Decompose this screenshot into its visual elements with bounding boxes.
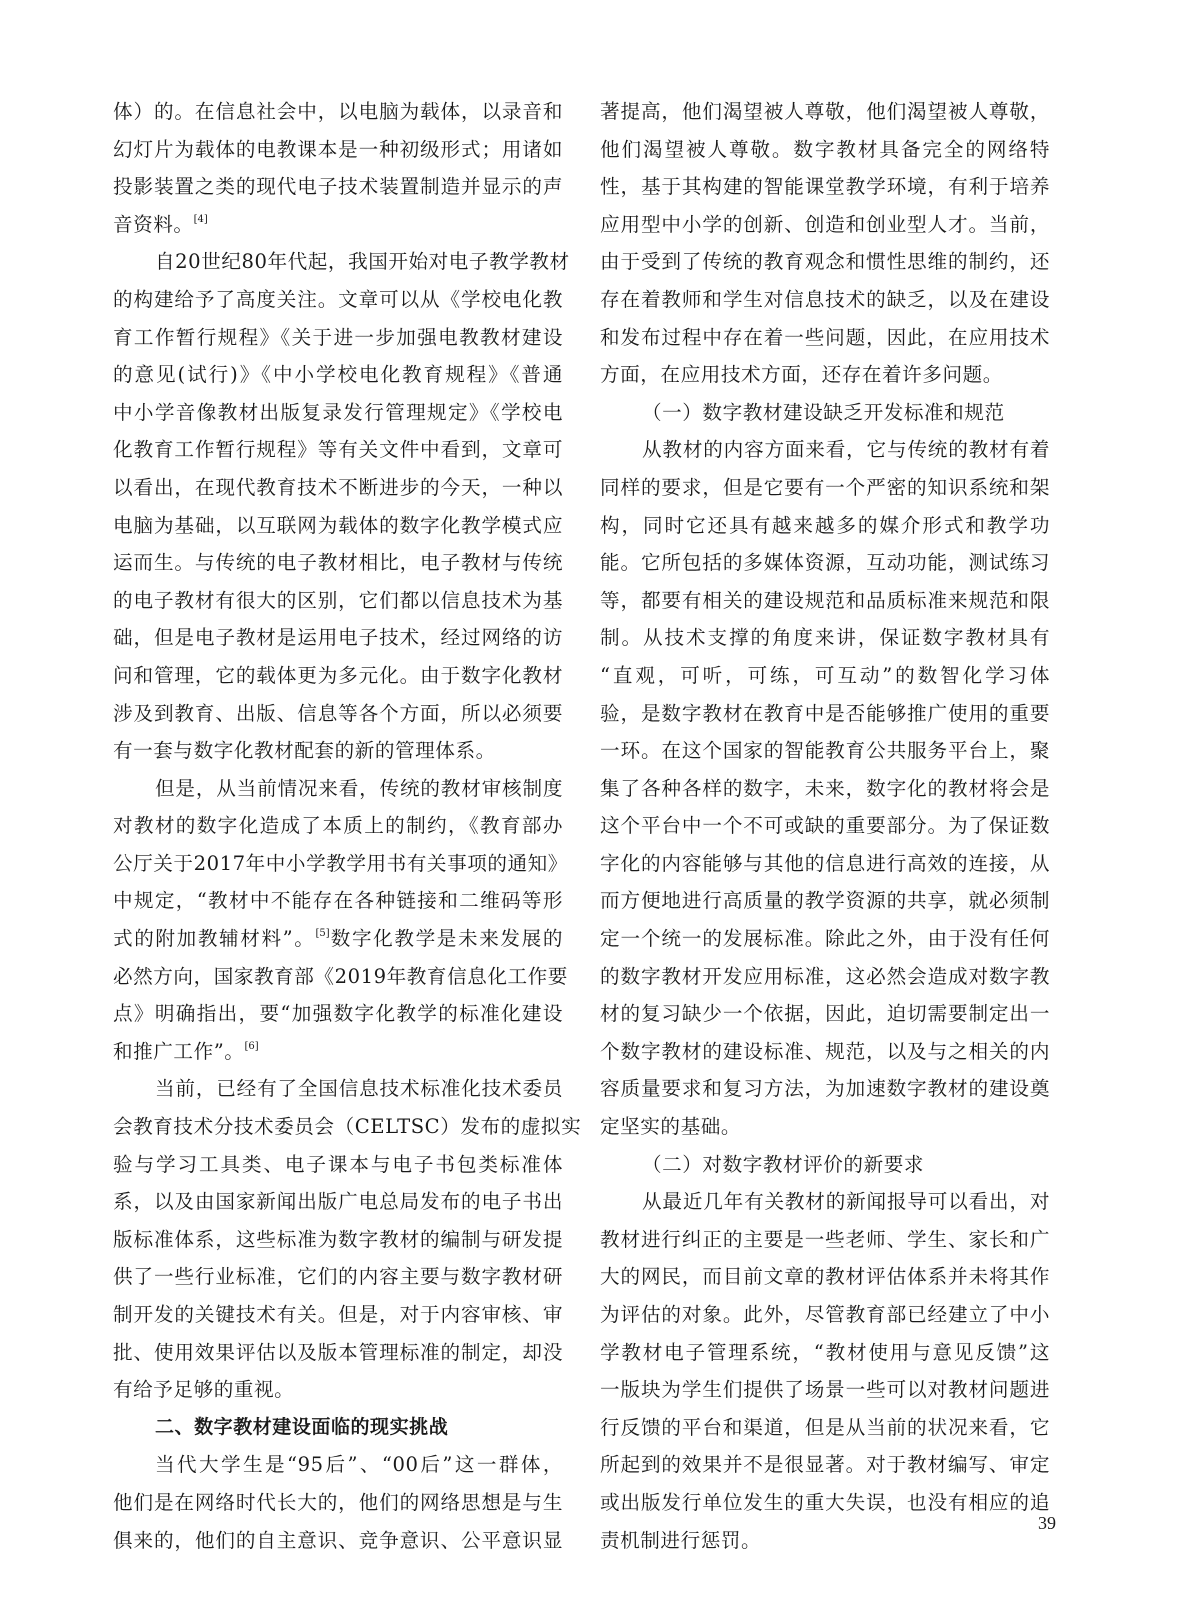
text-line: 同样的要求，但是它要有一个严密的知识系统和架 <box>600 469 1050 507</box>
line-text: 有给予足够的重视。 <box>113 1378 294 1401</box>
line-text: 对教材的数字化造成了本质上的制约，《教育部办 <box>113 814 563 837</box>
line-text: 自20世纪80年代起，我国开始对电子教学教材 <box>155 250 570 273</box>
text-line: 学教材电子管理系统，“教材使用与意见反馈”这 <box>600 1334 1050 1372</box>
text-line: 对教材的数字化造成了本质上的制约，《教育部办 <box>113 807 563 845</box>
text-line: 他们渴望被人尊敬。数字教材具备完全的网络特 <box>600 131 1050 169</box>
line-text: 化教育工作暂行规程》等有关文件中看到，文章可 <box>113 438 563 461</box>
line-text: （一）数字教材建设缺乏开发标准和规范 <box>642 401 1005 424</box>
line-text: 由于受到了传统的教育观念和惯性思维的制约，还 <box>600 250 1050 273</box>
line-text: 必然方向，国家教育部《2019年教育信息化工作要 <box>113 965 568 988</box>
line-text: 字化的内容能够与其他的信息进行高效的连接，从 <box>600 852 1050 875</box>
line-text: 育工作暂行规程》《关于进一步加强电教教材建设 <box>113 326 563 349</box>
text-line: 问和管理，它的载体更为多元化。由于数字化教材 <box>113 657 563 695</box>
line-text: 所起到的效果并不是很显著。对于教材编写、审定 <box>600 1453 1050 1476</box>
line-text: 容质量要求和复习方法，为加速数字教材的建设奠 <box>600 1077 1050 1100</box>
line-text: 他们渴望被人尊敬。数字教材具备完全的网络特 <box>600 138 1050 161</box>
text-line: 当前，已经有了全国信息技术标准化技术委员 <box>113 1070 563 1108</box>
text-line: 能。它所包括的多媒体资源，互动功能，测试练习 <box>600 544 1050 582</box>
line-text: 投影装置之类的现代电子技术装置制造并显示的声 <box>113 175 563 198</box>
line-text: 应用型中小学的创新、创造和创业型人才。当前， <box>600 213 1050 236</box>
line-text: 以看出，在现代教育技术不断进步的今天，一种以 <box>113 476 563 499</box>
line-text: 集了各种各样的数字，未来，数字化的教材将会是 <box>600 777 1050 800</box>
line-text: 运而生。与传统的电子教材相比，电子教材与传统 <box>113 551 563 574</box>
page-number: 39 <box>1038 1513 1056 1534</box>
line-text: “直观，可听，可练，可互动”的数智化学习体 <box>600 664 1050 687</box>
subsection-heading: （一）数字教材建设缺乏开发标准和规范 <box>600 394 1050 432</box>
line-text: 当前，已经有了全国信息技术标准化技术委员 <box>155 1077 563 1100</box>
line-text: 他们是在网络时代长大的，他们的网络思想是与生 <box>113 1491 563 1514</box>
text-line: 中小学音像教材出版复录发行管理规定》《学校电 <box>113 394 563 432</box>
line-text: 大的网民，而目前文章的教材评估体系并未将其作 <box>600 1265 1050 1288</box>
text-line: 行反馈的平台和渠道，但是从当前的状况来看，它 <box>600 1409 1050 1447</box>
text-line: 中规定，“教材中不能存在各种链接和二维码等形 <box>113 882 563 920</box>
text-line: 但是，从当前情况来看，传统的教材审核制度 <box>113 770 563 808</box>
text-line: 的数字教材开发应用标准，这必然会造成对数字教 <box>600 958 1050 996</box>
line-text: 著提高，他们渴望被人尊敬，他们渴望被人尊敬， <box>600 100 1050 123</box>
text-line: 和推广工作”。[6] <box>113 1033 563 1071</box>
text-line: 会教育技术分技术委员会（CELTSC）发布的虚拟实 <box>113 1108 563 1146</box>
text-line: 制。从技术支撑的角度来讲，保证数字教材具有 <box>600 619 1050 657</box>
citation-marker: [4] <box>194 214 208 225</box>
line-text: 材的复习缺少一个依据，因此，迫切需要制定出一 <box>600 1002 1050 1025</box>
line-text: 定坚实的基础。 <box>600 1115 741 1138</box>
line-text: 而方便地进行高质量的教学资源的共享，就必须制 <box>600 889 1050 912</box>
text-line: 有给予足够的重视。 <box>113 1371 563 1409</box>
text-line: 的意见(试行)》《中小学校电化教育规程》《普通 <box>113 356 563 394</box>
text-line: 个数字教材的建设标准、规范，以及与之相关的内 <box>600 1033 1050 1071</box>
right-column: 著提高，他们渴望被人尊敬，他们渴望被人尊敬，他们渴望被人尊敬。数字教材具备完全的… <box>600 93 1050 1559</box>
subsection-heading: （二）对数字教材评价的新要求 <box>600 1146 1050 1184</box>
text-line: 系，以及由国家新闻出版广电总局发布的电子书出 <box>113 1183 563 1221</box>
text-line: 体）的。在信息社会中，以电脑为载体，以录音和 <box>113 93 563 131</box>
text-line: 和发布过程中存在着一些问题，因此，在应用技术 <box>600 319 1050 357</box>
text-line: 一版块为学生们提供了场景一些可以对教材问题进 <box>600 1371 1050 1409</box>
line-text: 个数字教材的建设标准、规范，以及与之相关的内 <box>600 1040 1050 1063</box>
text-line: “直观，可听，可练，可互动”的数智化学习体 <box>600 657 1050 695</box>
line-text: 中规定，“教材中不能存在各种链接和二维码等形 <box>113 889 563 912</box>
line-text: 为评估的对象。此外，尽管教育部已经建立了中小 <box>600 1303 1050 1326</box>
text-line: 供了一些行业标准，它们的内容主要与数字教材研 <box>113 1258 563 1296</box>
line-text: 中小学音像教材出版复录发行管理规定》《学校电 <box>113 401 563 424</box>
line-text: 责机制进行惩罚。 <box>600 1529 761 1552</box>
line-text: 教材进行纠正的主要是一些老师、学生、家长和广 <box>600 1228 1050 1251</box>
text-line: 字化的内容能够与其他的信息进行高效的连接，从 <box>600 845 1050 883</box>
line-text: 涉及到教育、出版、信息等各个方面，所以必须要 <box>113 702 563 725</box>
text-line: 俱来的，他们的自主意识、竞争意识、公平意识显 <box>113 1522 563 1560</box>
text-line: 他们是在网络时代长大的，他们的网络思想是与生 <box>113 1484 563 1522</box>
line-text: 制开发的关键技术有关。但是，对于内容审核、审 <box>113 1303 563 1326</box>
text-line: 著提高，他们渴望被人尊敬，他们渴望被人尊敬， <box>600 93 1050 131</box>
line-text: 能。它所包括的多媒体资源，互动功能，测试练习 <box>600 551 1050 574</box>
line-text: 但是，从当前情况来看，传统的教材审核制度 <box>155 777 563 800</box>
line-text: 方面，在应用技术方面，还存在着许多问题。 <box>600 363 1003 386</box>
line-text: 的构建给予了高度关注。文章可以从《学校电化教 <box>113 288 563 311</box>
line-text: 一版块为学生们提供了场景一些可以对教材问题进 <box>600 1378 1050 1401</box>
line-text: 的意见(试行)》《中小学校电化教育规程》《普通 <box>113 363 563 386</box>
text-line: 或出版发行单位发生的重大失误，也没有相应的追 <box>600 1484 1050 1522</box>
line-text: 的数字教材开发应用标准，这必然会造成对数字教 <box>600 965 1050 988</box>
text-line: 育工作暂行规程》《关于进一步加强电教教材建设 <box>113 319 563 357</box>
text-line: 定坚实的基础。 <box>600 1108 1050 1146</box>
line-text: 验，是数字教材在教育中是否能够推广使用的重要 <box>600 702 1050 725</box>
text-line: 责机制进行惩罚。 <box>600 1522 1050 1560</box>
line-text: 和发布过程中存在着一些问题，因此，在应用技术 <box>600 326 1050 349</box>
text-line: 一环。在这个国家的智能教育公共服务平台上，聚 <box>600 732 1050 770</box>
text-line: 运而生。与传统的电子教材相比，电子教材与传统 <box>113 544 563 582</box>
text-line: 当代大学生是“95后”、“00后”这一群体， <box>113 1446 563 1484</box>
line-text: 构，同时它还具有越来越多的媒介形式和教学功 <box>600 514 1050 537</box>
text-line: 这个平台中一个不可或缺的重要部分。为了保证数 <box>600 807 1050 845</box>
line-text: （二）对数字教材评价的新要求 <box>642 1153 924 1176</box>
line-text: 有一套与数字化教材配套的新的管理体系。 <box>113 739 496 762</box>
line-text: 行反馈的平台和渠道，但是从当前的状况来看，它 <box>600 1416 1050 1439</box>
text-line: 公厅关于2017年中小学教学用书有关事项的通知》 <box>113 845 563 883</box>
line-text: 二、数字教材建设面临的现实挑战 <box>155 1416 448 1438</box>
text-line: 自20世纪80年代起，我国开始对电子教学教材 <box>113 243 563 281</box>
citation-marker: [6] <box>244 1041 258 1052</box>
line-text: 式的附加教辅材料”。 <box>113 927 316 950</box>
text-line: 制开发的关键技术有关。但是，对于内容审核、审 <box>113 1296 563 1334</box>
line-text: 存在着教师和学生对信息技术的缺乏，以及在建设 <box>600 288 1050 311</box>
line-text: 验与学习工具类、电子课本与电子书包类标准体 <box>113 1153 563 1176</box>
text-line: 投影装置之类的现代电子技术装置制造并显示的声 <box>113 168 563 206</box>
section-heading: 二、数字教材建设面临的现实挑战 <box>113 1409 563 1447</box>
line-text: 电脑为基础，以互联网为载体的数字化教学模式应 <box>113 514 563 537</box>
text-line: 幻灯片为载体的电教课本是一种初级形式；用诸如 <box>113 131 563 169</box>
line-text: 问和管理，它的载体更为多元化。由于数字化教材 <box>113 664 563 687</box>
line-text: 点》明确指出，要“加强数字化教学的标准化建设 <box>113 1002 563 1025</box>
text-line: 构，同时它还具有越来越多的媒介形式和教学功 <box>600 507 1050 545</box>
line-text: 和推广工作”。 <box>113 1040 244 1063</box>
line-text: 俱来的，他们的自主意识、竞争意识、公平意识显 <box>113 1529 563 1552</box>
text-line: 应用型中小学的创新、创造和创业型人才。当前， <box>600 206 1050 244</box>
line-text: 础，但是电子教材是运用电子技术，经过网络的访 <box>113 626 563 649</box>
text-line: 集了各种各样的数字，未来，数字化的教材将会是 <box>600 770 1050 808</box>
left-column: 体）的。在信息社会中，以电脑为载体，以录音和幻灯片为载体的电教课本是一种初级形式… <box>113 93 563 1559</box>
line-text: 或出版发行单位发生的重大失误，也没有相应的追 <box>600 1491 1050 1514</box>
text-line: 验，是数字教材在教育中是否能够推广使用的重要 <box>600 695 1050 733</box>
line-text-continued: 数字化教学是未来发展的 <box>330 927 563 950</box>
line-text: 版标准体系，这些标准为数字教材的编制与研发提 <box>113 1228 563 1251</box>
text-line: 所起到的效果并不是很显著。对于教材编写、审定 <box>600 1446 1050 1484</box>
line-text: 批、使用效果评估以及版本管理标准的制定，却没 <box>113 1341 563 1364</box>
text-line: 式的附加教辅材料”。[5]数字化教学是未来发展的 <box>113 920 563 958</box>
line-text: 供了一些行业标准，它们的内容主要与数字教材研 <box>113 1265 563 1288</box>
text-line: 性，基于其构建的智能课堂教学环境，有利于培养 <box>600 168 1050 206</box>
line-text: 幻灯片为载体的电教课本是一种初级形式；用诸如 <box>113 138 563 161</box>
line-text: 系，以及由国家新闻出版广电总局发布的电子书出 <box>113 1190 563 1213</box>
text-line: 电脑为基础，以互联网为载体的数字化教学模式应 <box>113 507 563 545</box>
text-line: 为评估的对象。此外，尽管教育部已经建立了中小 <box>600 1296 1050 1334</box>
line-text: 性，基于其构建的智能课堂教学环境，有利于培养 <box>600 175 1050 198</box>
citation-marker: [5] <box>316 928 330 939</box>
text-line: 的构建给予了高度关注。文章可以从《学校电化教 <box>113 281 563 319</box>
text-line: 教材进行纠正的主要是一些老师、学生、家长和广 <box>600 1221 1050 1259</box>
line-text: 等，都要有相关的建设规范和品质标准来规范和限 <box>600 589 1050 612</box>
line-text: 这个平台中一个不可或缺的重要部分。为了保证数 <box>600 814 1050 837</box>
text-line: 存在着教师和学生对信息技术的缺乏，以及在建设 <box>600 281 1050 319</box>
line-text: 公厅关于2017年中小学教学用书有关事项的通知》 <box>113 852 568 875</box>
line-text: 同样的要求，但是它要有一个严密的知识系统和架 <box>600 476 1050 499</box>
line-text: 会教育技术分技术委员会（CELTSC）发布的虚拟实 <box>113 1115 581 1138</box>
text-line: 必然方向，国家教育部《2019年教育信息化工作要 <box>113 958 563 996</box>
text-line: 点》明确指出，要“加强数字化教学的标准化建设 <box>113 995 563 1033</box>
line-text: 的电子教材有很大的区别，它们都以信息技术为基 <box>113 589 563 612</box>
line-text: 学教材电子管理系统，“教材使用与意见反馈”这 <box>600 1341 1050 1364</box>
text-line: 验与学习工具类、电子课本与电子书包类标准体 <box>113 1146 563 1184</box>
text-line: 涉及到教育、出版、信息等各个方面，所以必须要 <box>113 695 563 733</box>
text-line: 材的复习缺少一个依据，因此，迫切需要制定出一 <box>600 995 1050 1033</box>
text-line: 础，但是电子教材是运用电子技术，经过网络的访 <box>113 619 563 657</box>
text-line: 化教育工作暂行规程》等有关文件中看到，文章可 <box>113 431 563 469</box>
text-line: 定一个统一的发展标准。除此之外，由于没有任何 <box>600 920 1050 958</box>
line-text: 定一个统一的发展标准。除此之外，由于没有任何 <box>600 927 1050 950</box>
line-text: 一环。在这个国家的智能教育公共服务平台上，聚 <box>600 739 1050 762</box>
text-line: 有一套与数字化教材配套的新的管理体系。 <box>113 732 563 770</box>
line-text: 音资料。 <box>113 213 194 236</box>
line-text: 制。从技术支撑的角度来讲，保证数字教材具有 <box>600 626 1050 649</box>
text-line: 由于受到了传统的教育观念和惯性思维的制约，还 <box>600 243 1050 281</box>
text-line: 版标准体系，这些标准为数字教材的编制与研发提 <box>113 1221 563 1259</box>
text-line: 方面，在应用技术方面，还存在着许多问题。 <box>600 356 1050 394</box>
text-line: 批、使用效果评估以及版本管理标准的制定，却没 <box>113 1334 563 1372</box>
text-line: 从教材的内容方面来看，它与传统的教材有着 <box>600 431 1050 469</box>
text-line: 的电子教材有很大的区别，它们都以信息技术为基 <box>113 582 563 620</box>
line-text: 体）的。在信息社会中，以电脑为载体，以录音和 <box>113 100 563 123</box>
text-line: 从最近几年有关教材的新闻报导可以看出，对 <box>600 1183 1050 1221</box>
line-text: 当代大学生是“95后”、“00后”这一群体， <box>155 1453 563 1476</box>
text-line: 容质量要求和复习方法，为加速数字教材的建设奠 <box>600 1070 1050 1108</box>
text-line: 大的网民，而目前文章的教材评估体系并未将其作 <box>600 1258 1050 1296</box>
text-line: 等，都要有相关的建设规范和品质标准来规范和限 <box>600 582 1050 620</box>
text-line: 音资料。[4] <box>113 206 563 244</box>
line-text: 从教材的内容方面来看，它与传统的教材有着 <box>642 438 1050 461</box>
text-line: 以看出，在现代教育技术不断进步的今天，一种以 <box>113 469 563 507</box>
line-text: 从最近几年有关教材的新闻报导可以看出，对 <box>642 1190 1050 1213</box>
text-line: 而方便地进行高质量的教学资源的共享，就必须制 <box>600 882 1050 920</box>
